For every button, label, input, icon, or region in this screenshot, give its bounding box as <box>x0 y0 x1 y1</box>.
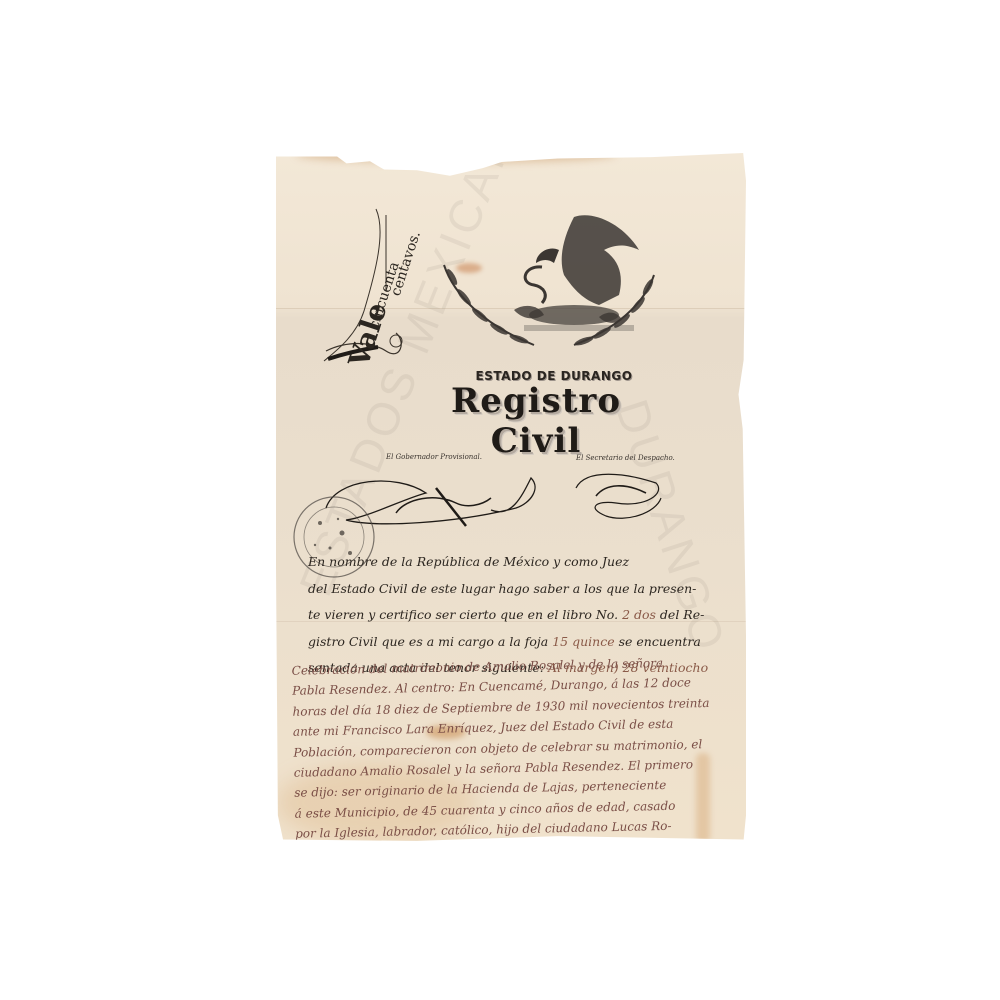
printed-fragment: gistro Civil que es a mi cargo a la foja <box>308 634 548 649</box>
printed-fragment: del Re- <box>660 607 704 622</box>
page-number-handwritten: 15 quince <box>552 634 614 649</box>
declaration-line: En nombre de la República de México y co… <box>308 549 728 576</box>
certificate-paper: ESTADOS MEXICANOS DURANGO Vale cincuenta… <box>276 153 746 843</box>
declaration-line: te vieren y certifico ser cierto que en … <box>308 602 728 629</box>
edge-burn <box>296 147 616 163</box>
handwritten-line: Resendez, originaria del Pueblo del Rode… <box>296 876 746 906</box>
handwritten-record: Celebración del matrimonio de Amalio Ros… <box>291 651 746 905</box>
printed-fragment: se encuentra <box>619 634 701 649</box>
printed-fragment: te vieren y certifico ser cierto que en … <box>308 607 618 622</box>
secretary-signature <box>566 468 676 523</box>
eagle-emblem-icon <box>424 205 664 355</box>
secretary-label: El Secretario del Despacho. <box>576 454 675 462</box>
book-number-handwritten: 2 dos <box>622 607 656 622</box>
declaration-line: del Estado Civil de este lugar hago sabe… <box>308 576 728 603</box>
revenue-stamp: Vale cincuenta centavos. <box>316 201 416 371</box>
handwritten-line: Hacienda de Lajas, mayores de edad, casa… <box>296 855 746 885</box>
declaration-line: gistro Civil que es a mi cargo a la foja… <box>308 629 728 656</box>
governor-label: El Gobernador Provisional. <box>386 453 482 461</box>
document-title: Registro Civil <box>416 381 656 461</box>
